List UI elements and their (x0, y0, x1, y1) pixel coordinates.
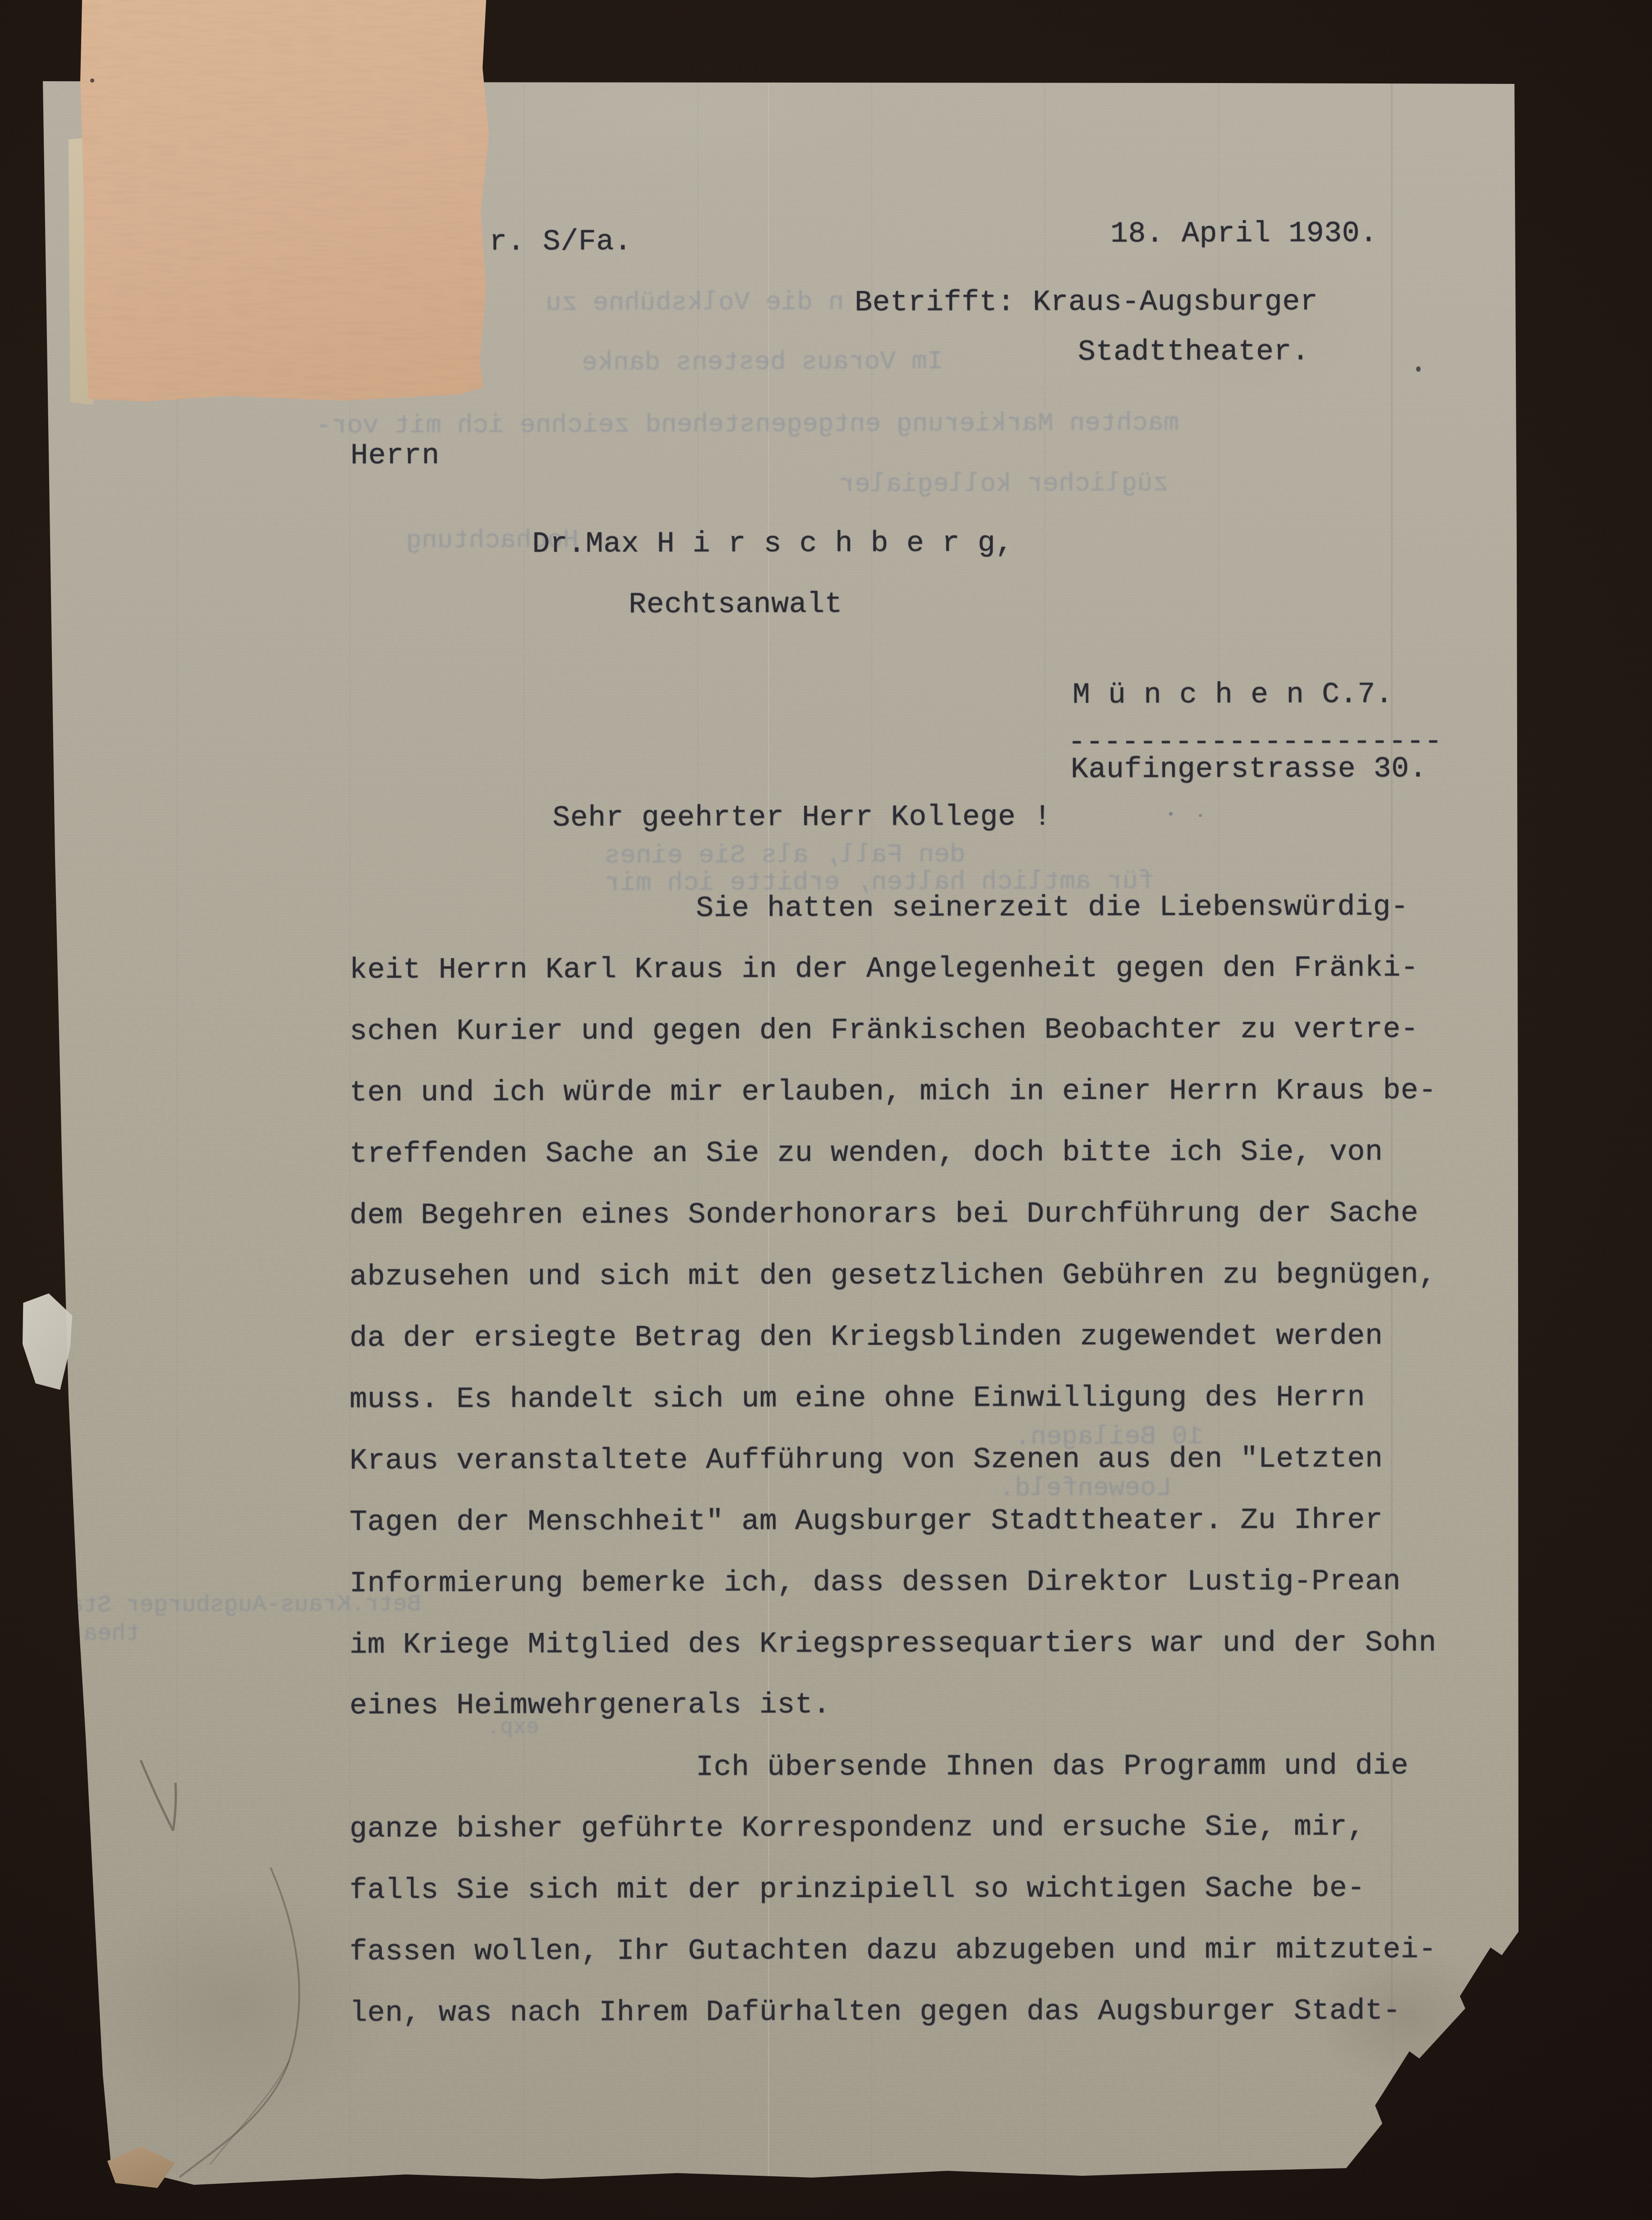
slip-grain (68, 0, 496, 406)
ink-dot (90, 78, 94, 83)
pink-slip (68, 0, 496, 406)
photographed-document-scene: n die Volksbühne zu Im Voraus bestens da… (0, 0, 1652, 2220)
